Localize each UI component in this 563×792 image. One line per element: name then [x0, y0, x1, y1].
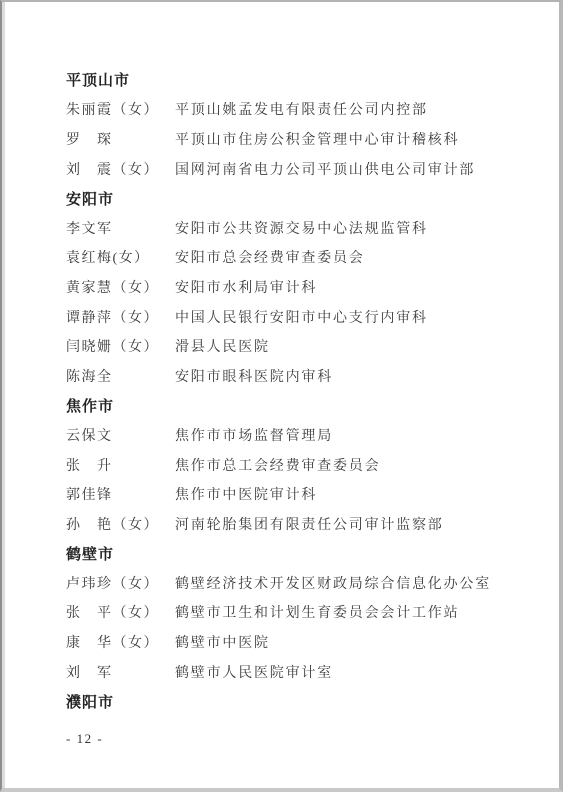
- roster-row: 云保文 焦作市市场监督管理局: [66, 420, 531, 450]
- person-name: 郭佳锋: [66, 484, 175, 504]
- person-name: 云保文: [66, 425, 175, 445]
- person-organization: 安阳市眼科医院内审科: [175, 366, 333, 386]
- person-name: 袁红梅(女）: [66, 247, 175, 267]
- roster-row: 谭静萍（女） 中国人民银行安阳市中心支行内审科: [66, 302, 531, 332]
- roster-row: 刘 震（女） 国网河南省电力公司平顶山供电公司审计部: [66, 154, 531, 184]
- person-organization: 焦作市总工会经费审查委员会: [175, 455, 380, 475]
- person-name: 陈海全: [66, 366, 175, 386]
- roster-row: 张 平（女） 鹤壁市卫生和计划生育委员会会计工作站: [66, 598, 531, 628]
- person-organization: 安阳市公共资源交易中心法规监管科: [175, 218, 428, 238]
- city-entries: 云保文 焦作市市场监督管理局 张 升 焦作市总工会经费审查委员会 郭佳锋 焦作市…: [66, 420, 531, 538]
- person-organization: 平顶山姚孟发电有限责任公司内控部: [175, 99, 428, 119]
- person-name: 朱丽霞（女）: [66, 99, 175, 119]
- person-organization: 鹤壁市中医院: [175, 632, 270, 652]
- person-name: 卢玮珍（女）: [66, 573, 175, 593]
- person-name: 刘 震（女）: [66, 159, 175, 179]
- roster-row: 康 华（女） 鹤壁市中医院: [66, 627, 531, 657]
- city-entries: 朱丽霞（女） 平顶山姚孟发电有限责任公司内控部 罗 琛 平顶山市住房公积金管理中…: [66, 95, 531, 184]
- roster-row: 黄家慧（女） 安阳市水利局审计科: [66, 272, 531, 302]
- person-organization: 安阳市总会经费审查委员会: [175, 247, 365, 267]
- city-entries: 卢玮珍（女） 鹤壁经济技术开发区财政局综合信息化办公室 张 平（女） 鹤壁市卫生…: [66, 568, 531, 686]
- person-name: 李文军: [66, 218, 175, 238]
- roster-row: 朱丽霞（女） 平顶山姚孟发电有限责任公司内控部: [66, 95, 531, 125]
- person-name: 孙 艳（女）: [66, 514, 175, 534]
- roster-row: 袁红梅(女） 安阳市总会经费审查委员会: [66, 243, 531, 273]
- roster-row: 卢玮珍（女） 鹤壁经济技术开发区财政局综合信息化办公室: [66, 568, 531, 598]
- roster-row: 郭佳锋 焦作市中医院审计科: [66, 479, 531, 509]
- person-organization: 焦作市市场监督管理局: [175, 425, 333, 445]
- roster-list: 平顶山市 朱丽霞（女） 平顶山姚孟发电有限责任公司内控部 罗 琛 平顶山市住房公…: [66, 65, 531, 716]
- person-organization: 中国人民银行安阳市中心支行内审科: [175, 307, 428, 327]
- person-name: 谭静萍（女）: [66, 307, 175, 327]
- person-organization: 鹤壁市卫生和计划生育委员会会计工作站: [175, 602, 459, 622]
- person-organization: 滑县人民医院: [175, 336, 270, 356]
- roster-row: 李文军 安阳市公共资源交易中心法规监管科: [66, 213, 531, 243]
- roster-row: 罗 琛 平顶山市住房公积金管理中心审计稽核科: [66, 124, 531, 154]
- person-organization: 平顶山市住房公积金管理中心审计稽核科: [175, 129, 459, 149]
- roster-row: 闫晓姗（女） 滑县人民医院: [66, 331, 531, 361]
- person-name: 张 平（女）: [66, 602, 175, 622]
- city-entries: 李文军 安阳市公共资源交易中心法规监管科 袁红梅(女） 安阳市总会经费审查委员会…: [66, 213, 531, 391]
- city-section: 平顶山市 朱丽霞（女） 平顶山姚孟发电有限责任公司内控部 罗 琛 平顶山市住房公…: [66, 65, 531, 183]
- city-header: 平顶山市: [66, 65, 531, 95]
- person-organization: 安阳市水利局审计科: [175, 277, 317, 297]
- roster-row: 孙 艳（女） 河南轮胎集团有限责任公司审计监察部: [66, 509, 531, 539]
- city-header: 安阳市: [66, 183, 531, 213]
- person-organization: 国网河南省电力公司平顶山供电公司审计部: [175, 159, 475, 179]
- person-organization: 焦作市中医院审计科: [175, 484, 317, 504]
- city-section: 濮阳市: [66, 686, 531, 716]
- person-name: 黄家慧（女）: [66, 277, 175, 297]
- city-section: 焦作市 云保文 焦作市市场监督管理局 张 升 焦作市总工会经费审查委员会 郭佳锋…: [66, 391, 531, 539]
- city-section: 鹤壁市 卢玮珍（女） 鹤壁经济技术开发区财政局综合信息化办公室 张 平（女） 鹤…: [66, 539, 531, 687]
- person-organization: 河南轮胎集团有限责任公司审计监察部: [175, 514, 444, 534]
- person-organization: 鹤壁市人民医院审计室: [175, 662, 333, 682]
- person-name: 刘 军: [66, 662, 175, 682]
- person-organization: 鹤壁经济技术开发区财政局综合信息化办公室: [175, 573, 491, 593]
- city-header: 鹤壁市: [66, 539, 531, 569]
- person-name: 罗 琛: [66, 129, 175, 149]
- roster-row: 刘 军 鹤壁市人民医院审计室: [66, 657, 531, 687]
- page-number: - 12 -: [66, 731, 103, 747]
- person-name: 张 升: [66, 455, 175, 475]
- roster-row: 张 升 焦作市总工会经费审查委员会: [66, 450, 531, 480]
- city-section: 安阳市 李文军 安阳市公共资源交易中心法规监管科 袁红梅(女） 安阳市总会经费审…: [66, 183, 531, 390]
- person-name: 康 华（女）: [66, 632, 175, 652]
- city-header: 焦作市: [66, 391, 531, 421]
- city-header: 濮阳市: [66, 686, 531, 716]
- person-name: 闫晓姗（女）: [66, 336, 175, 356]
- roster-row: 陈海全 安阳市眼科医院内审科: [66, 361, 531, 391]
- document-page: 平顶山市 朱丽霞（女） 平顶山姚孟发电有限责任公司内控部 罗 琛 平顶山市住房公…: [0, 0, 563, 792]
